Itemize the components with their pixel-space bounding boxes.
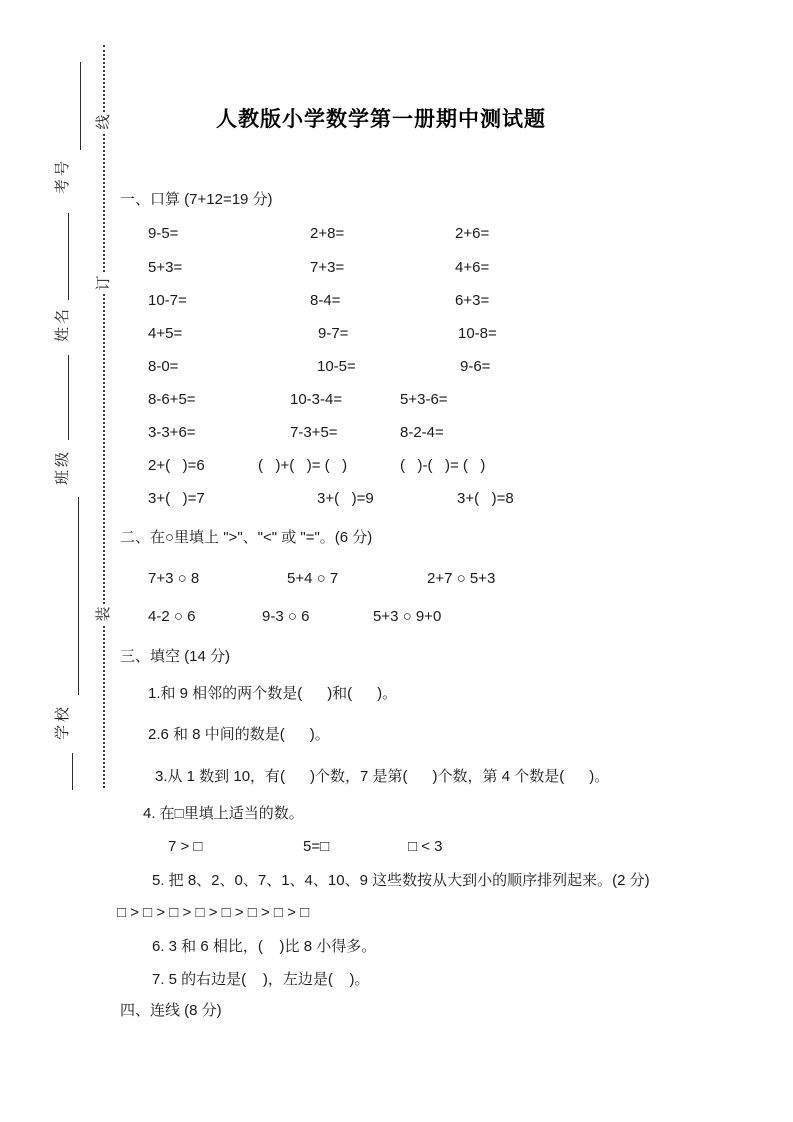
oral-problem: 10-7= bbox=[148, 291, 187, 311]
oral-problem: 7+3= bbox=[310, 258, 344, 278]
oral-problem: 5+3-6= bbox=[400, 390, 448, 410]
compare-problem: 9-3 ○ 6 bbox=[262, 607, 309, 627]
name-blank-line bbox=[68, 213, 69, 300]
compare-problem: 5+4 ○ 7 bbox=[287, 569, 338, 589]
oral-problem: 8-4= bbox=[310, 291, 340, 311]
box-inequality: 5=□ bbox=[303, 837, 329, 857]
oral-problem: 6+3= bbox=[455, 291, 489, 311]
name-label: 姓名 bbox=[55, 308, 71, 342]
fill-blank-problem: 3+( )=8 bbox=[457, 489, 514, 509]
oral-problem: 9-7= bbox=[318, 324, 348, 344]
exam-number-label: 考号 bbox=[55, 160, 71, 194]
fill-blank-problem: 2+( )=6 bbox=[148, 456, 205, 476]
oral-problem: 8-0= bbox=[148, 357, 178, 377]
section1-heading: 一、口算 (7+12=19 分) bbox=[120, 190, 273, 210]
compare-problem: 7+3 ○ 8 bbox=[148, 569, 199, 589]
fill-item-5: 5. 把 8、2、0、7、1、4、10、9 这些数按从大到小的顺序排列起来。(2… bbox=[152, 871, 650, 891]
oral-problem: 10-3-4= bbox=[290, 390, 342, 410]
binding-char-zhuang: 装 bbox=[91, 604, 117, 624]
fill-blank-problem: ( )+( )= ( ) bbox=[258, 456, 347, 476]
oral-problem: 8-6+5= bbox=[148, 390, 196, 410]
fill-item-4: 4. 在□里填上适当的数。 bbox=[143, 804, 304, 824]
compare-problem: 5+3 ○ 9+0 bbox=[373, 607, 441, 627]
oral-problem: 2+8= bbox=[310, 224, 344, 244]
section4-heading: 四、连线 (8 分) bbox=[120, 1001, 222, 1021]
oral-problem: 9-6= bbox=[460, 357, 490, 377]
oral-problem: 10-8= bbox=[458, 324, 497, 344]
class-blank-line bbox=[68, 355, 69, 440]
fill-blank-problem: 3+( )=9 bbox=[317, 489, 374, 509]
oral-problem: 2+6= bbox=[455, 224, 489, 244]
fill-blank-problem: ( )-( )= ( ) bbox=[400, 456, 485, 476]
binding-dotted-line bbox=[103, 45, 105, 788]
ordering-boxes-row: □ > □ > □ > □ > □ > □ > □ > □ bbox=[117, 903, 309, 923]
oral-problem: 10-5= bbox=[317, 357, 356, 377]
binding-char-ding: 订 bbox=[91, 273, 117, 293]
fill-item-3: 3.从 1 数到 10，有( )个数，7 是第( )个数，第 4 个数是( )。 bbox=[155, 767, 609, 787]
oral-problem: 9-5= bbox=[148, 224, 178, 244]
oral-problem: 8-2-4= bbox=[400, 423, 444, 443]
oral-problem: 4+6= bbox=[455, 258, 489, 278]
fill-item-1: 1.和 9 相邻的两个数是( )和( )。 bbox=[148, 684, 397, 704]
oral-problem: 5+3= bbox=[148, 258, 182, 278]
school-label: 学校 bbox=[55, 706, 71, 740]
fill-item-7: 7. 5 的右边是( )，左边是( )。 bbox=[152, 970, 370, 990]
fill-item-6: 6. 3 和 6 相比，( )比 8 小得多。 bbox=[152, 937, 376, 957]
oral-problem: 7-3+5= bbox=[290, 423, 338, 443]
school-blank-line bbox=[78, 497, 79, 695]
section2-heading: 二、在○里填上 ">"、"<" 或 "="。(6 分) bbox=[120, 528, 372, 548]
bottom-blank-line bbox=[72, 753, 73, 790]
compare-problem: 4-2 ○ 6 bbox=[148, 607, 195, 627]
oral-problem: 4+5= bbox=[148, 324, 182, 344]
box-inequality: 7 > □ bbox=[168, 837, 203, 857]
class-label: 班级 bbox=[55, 451, 71, 485]
section3-heading: 三、填空 (14 分) bbox=[120, 647, 230, 667]
oral-problem: 3-3+6= bbox=[148, 423, 196, 443]
fill-item-2: 2.6 和 8 中间的数是( )。 bbox=[148, 725, 330, 745]
fill-blank-problem: 3+( )=7 bbox=[148, 489, 205, 509]
test-paper-page: 考号 姓名 班级 学校 线 订 装 人教版小学数学第一册期中测试题 一、口算 (… bbox=[0, 0, 793, 1122]
binding-char-xian: 线 bbox=[91, 112, 117, 132]
box-inequality: □ < 3 bbox=[408, 837, 443, 857]
compare-problem: 2+7 ○ 5+3 bbox=[427, 569, 495, 589]
